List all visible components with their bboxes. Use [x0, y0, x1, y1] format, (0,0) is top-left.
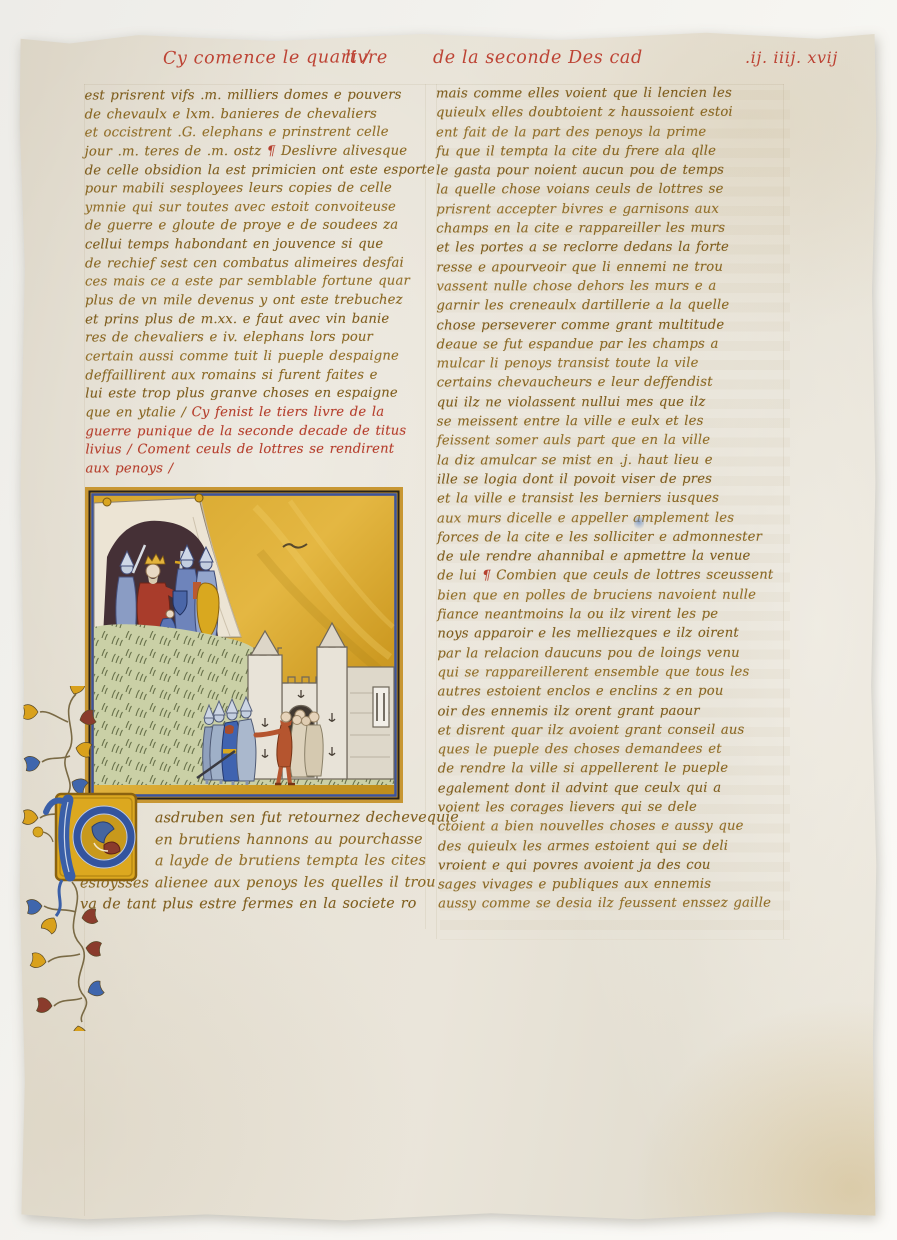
text-line: que en ytalie / Cy fenist le tiers livre…: [85, 404, 435, 424]
photo-background: { "palette":{ "rubric_red":"#b6402e", "i…: [0, 0, 897, 1240]
text-line: deffaillirent aux romains si furent fait…: [85, 367, 435, 387]
text-line: aux penoys /: [85, 460, 435, 480]
text-line: forces de la cite e les solliciter e adm…: [437, 529, 789, 549]
text-line: de lui ¶ Combien que ceuls de lottres sc…: [437, 568, 789, 588]
header-incipit: Cy comence le quart /: [163, 47, 370, 68]
text-line: de ule rendre ahannibal e apmettre la ve…: [437, 549, 789, 569]
text-line: certain aussi comme tuit li pueple despa…: [85, 349, 435, 369]
text-line: voient les corages lievers qui se dele: [438, 800, 790, 820]
text-line: oir des ennemis ilz orent grant paour: [438, 703, 790, 723]
text-line: chose perseverer comme grant multitude: [437, 317, 789, 337]
text-column-left: est prisrent vifs .m. milliers domes e p…: [84, 88, 435, 480]
text-line: qui se rappareillerent ensemble que tous…: [437, 664, 789, 684]
text-line: feissent somer auls part que en la ville: [437, 433, 789, 453]
text-line: de chevaulx e lxm. banieres de chevalier…: [85, 106, 435, 126]
text-line: bien que en polles de bruciens navoient …: [437, 587, 789, 607]
text-line: ent fait de la part des penoys la prime: [436, 124, 788, 144]
marginal-decoration: [20, 686, 152, 1031]
text-line: mulcar li penoys transist toute la vile: [437, 356, 789, 376]
text-line: la quelle chose voians ceuls de lottres …: [436, 182, 788, 202]
text-line: et la ville e transist les berniers iusq…: [437, 491, 789, 511]
text-line: et les portes a se reclorre dedans la fo…: [436, 240, 788, 260]
text-line: certains chevaucheurs e leur deffendist: [437, 375, 789, 395]
text-line: livius / Coment ceuls de lottres se rend…: [85, 442, 435, 462]
text-line: egalement dont il advint que ceulx qui a: [438, 780, 790, 800]
text-line: de rechief sest cen combatus alimeires d…: [85, 255, 435, 275]
text-line: de celle obsidion la est primicien ont e…: [85, 162, 435, 182]
blue-ink-stain: [634, 516, 644, 531]
text-line: noys apparoir e les melliezques e ilz oi…: [437, 626, 789, 646]
text-line: ces mais ce a este par semblable fortune…: [85, 274, 435, 294]
text-line: aussy comme se desia ilz feussent enssez…: [438, 896, 790, 916]
text-line: guerre punique de la seconde decade de t…: [85, 423, 435, 443]
text-line: mais comme elles voient que li lencien l…: [436, 86, 788, 106]
text-line: resse e apourveoir que li ennemi ne trou: [436, 259, 788, 279]
text-line: par la relacion daucuns pou de loings ve…: [437, 645, 789, 665]
text-line: en brutiens hannons au pourchasse: [155, 831, 430, 853]
text-column-right: mais comme elles voient que li lencien l…: [436, 86, 790, 917]
gold-bezant: [33, 827, 43, 837]
text-line: ymnie qui sur toutes avec estoit convoit…: [85, 199, 435, 219]
text-line: qui ilz ne violassent nullui mes que ilz: [437, 394, 789, 414]
parchment-surface: Cy comence le quart / livre de la second…: [18, 28, 878, 1224]
text-line: et prins plus de m.xx. e faut avec vin b…: [85, 311, 435, 331]
text-line: la diz amulcar se mist en .j. haut lieu …: [437, 452, 789, 472]
text-line: des quieulx les armes estoient qui se de…: [438, 838, 790, 858]
text-line: autres estoient enclos e enclins z en po…: [437, 684, 789, 704]
text-line: de rendre la ville si appellerent le pue…: [438, 761, 790, 781]
text-line: sages vivages e publiques aux ennemis: [438, 877, 790, 897]
tent-finial: [103, 498, 111, 506]
text-line: ille se logia dont il povoit viser de pr…: [437, 471, 789, 491]
header-title: de la seconde Des cad: [433, 48, 643, 68]
text-line: asdruben sen fut retournez dechevequie: [155, 810, 430, 832]
text-line: res de chevaliers e iv. elephans lors po…: [85, 330, 435, 350]
text-line: quieulx elles doubtoient z haussoient es…: [436, 105, 788, 125]
text-line: fiance neantmoins la ou ilz virent les p…: [437, 607, 789, 627]
pencil-shelfmark: 80. j. 9: [92, 1220, 140, 1233]
text-line: a layde de brutiens tempta les cites: [155, 853, 430, 875]
text-line: ctoient a bien nouvelles choses e aussy …: [438, 819, 790, 839]
text-line: plus de vn mile devenus y ont este trebu…: [85, 293, 435, 313]
text-line: est prisrent vifs .m. milliers domes e p…: [84, 88, 434, 108]
folio-number: .ij. iiij. xvij: [745, 48, 838, 67]
text-line: se meissent entre la ville e eulx et les: [437, 414, 789, 434]
text-line: cellui temps habondant en jouvence si qu…: [85, 237, 435, 257]
text-line: ques le pueple des choses demandees et: [438, 742, 790, 762]
text-line: fu que il tempta la cite du frere ala ql…: [436, 143, 788, 163]
tent-finial: [195, 494, 203, 502]
text-line: jour .m. teres de .m. ostz ¶ Deslivre al…: [85, 143, 435, 163]
text-line: et disrent quar ilz avoient grant consei…: [438, 722, 790, 742]
text-line: et occistrent .G. elephans e prinstrent …: [85, 125, 435, 145]
text-line: de guerre e gloute de proye e de soudees…: [85, 218, 435, 238]
text-line: garnir les creneaulx dartillerie a la qu…: [436, 298, 788, 318]
text-line: pour mabili sesployees leurs copies de c…: [85, 181, 435, 201]
parchment-folio: Cy comence le quart / livre de la second…: [18, 28, 878, 1224]
text-line: lui este trop plus granve choses en espa…: [85, 386, 435, 406]
text-line: vroient e qui povres avoient ja des cou: [438, 857, 790, 877]
text-line: deaue se fut espandue par les champs a: [437, 336, 789, 356]
text-line: prisrent accepter bivres e garnisons aux: [436, 201, 788, 221]
text-line: champs en la cite e rappareiller les mur…: [436, 221, 788, 241]
text-line: aux murs dicelle e appeller amplement le…: [437, 510, 789, 530]
header-incipit-word: livre: [345, 48, 388, 68]
text-line: le gasta pour noient aucun pou de temps: [436, 163, 788, 183]
castle-balcony: [373, 687, 389, 727]
text-line: vassent nulle chose dehors les murs e a: [436, 279, 788, 299]
